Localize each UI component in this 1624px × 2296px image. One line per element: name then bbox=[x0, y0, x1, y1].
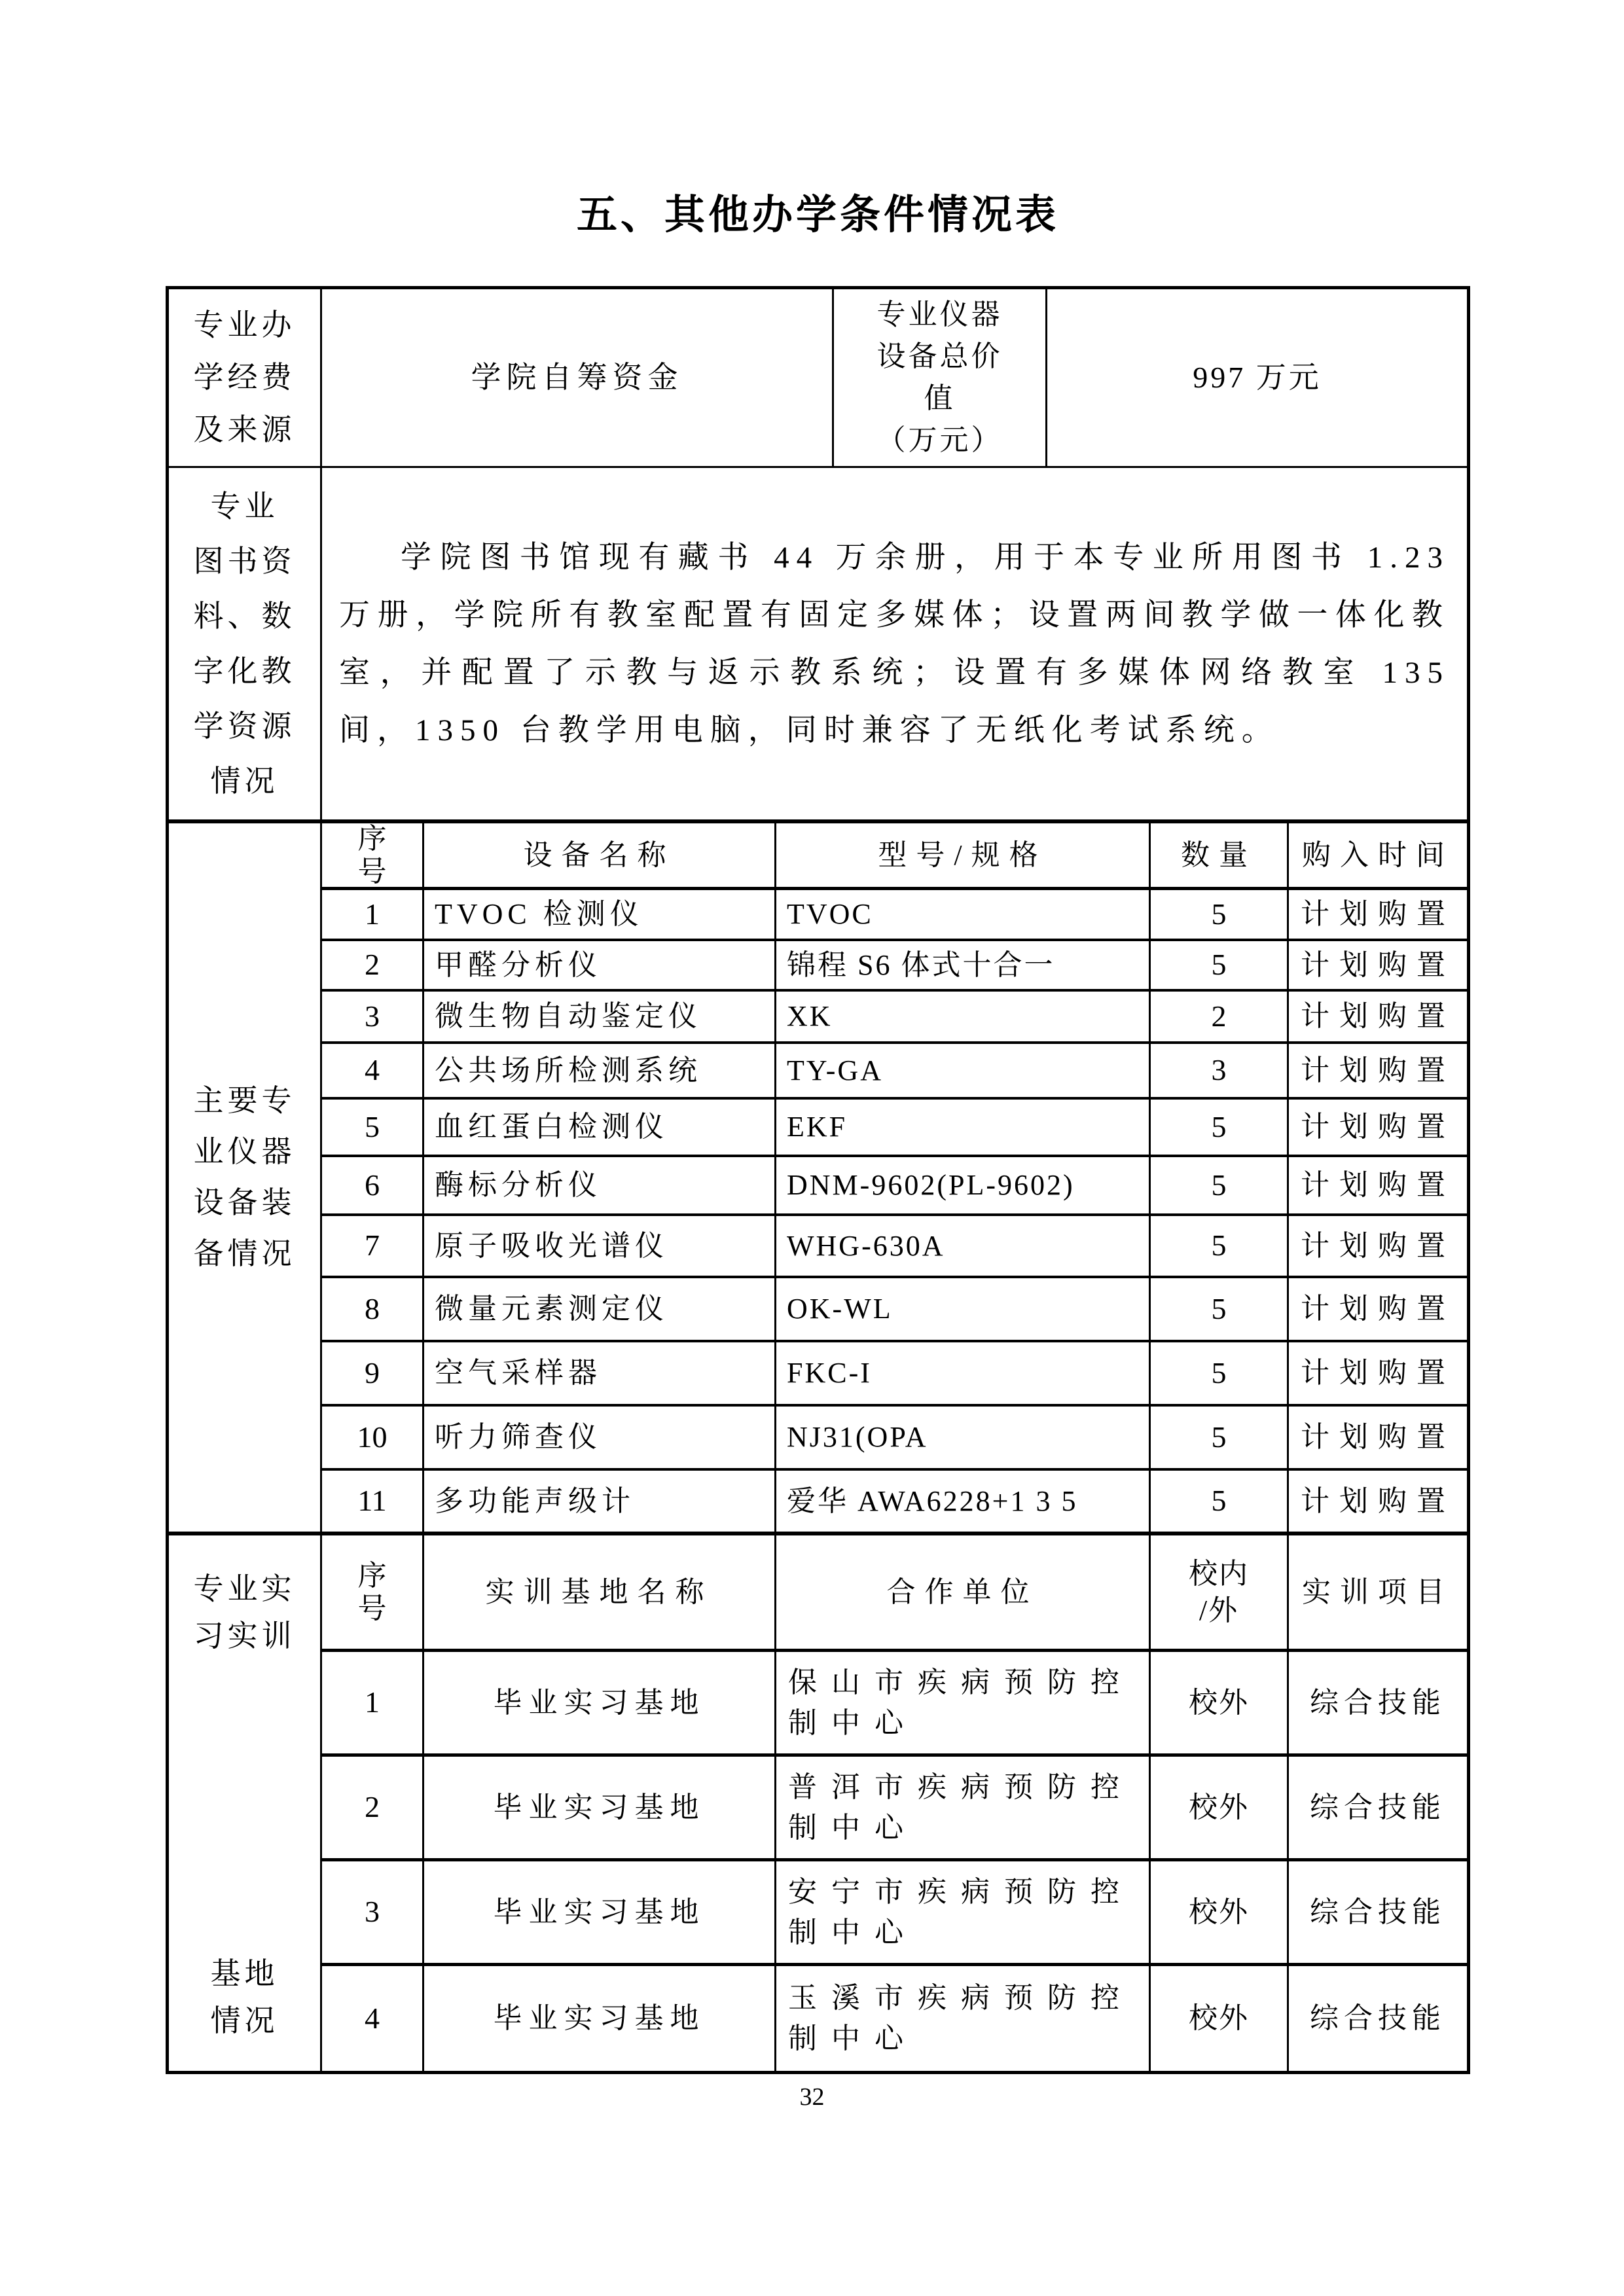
equipment-time: 计划购置 bbox=[1289, 1407, 1467, 1471]
practice-base: 毕业实习基地 bbox=[424, 1861, 776, 1966]
library-content-cell: 学院图书馆现有藏书 44 万余册，用于本专业所用图书 1.23 万册，学院所有教… bbox=[322, 468, 1467, 823]
equipment-name: 甲醛分析仪 bbox=[424, 941, 776, 992]
equipment-header-qty: 数量 bbox=[1151, 823, 1289, 890]
practice-label-bottom: 基地 情况 bbox=[211, 1950, 279, 2045]
practice-header-no: 序 号 bbox=[322, 1535, 424, 1652]
practice-base: 毕业实习基地 bbox=[424, 1757, 776, 1861]
equipment-header-time: 购入时间 bbox=[1289, 823, 1467, 890]
equipment-name: 酶标分析仪 bbox=[424, 1157, 776, 1216]
page-number: 32 bbox=[0, 2083, 1624, 2111]
equipment-header-model: 型号/规格 bbox=[776, 823, 1151, 890]
equipment-qty: 5 bbox=[1151, 1471, 1289, 1535]
equipment-no: 10 bbox=[322, 1407, 424, 1471]
equipment-no: 3 bbox=[322, 992, 424, 1044]
equipment-time: 计划购置 bbox=[1289, 1471, 1467, 1535]
equipment-model: NJ31(OPA bbox=[776, 1407, 1151, 1471]
equipment-value: 997 万元 bbox=[1047, 289, 1467, 468]
practice-header-partner: 合作单位 bbox=[776, 1535, 1151, 1652]
practice-location: 校外 bbox=[1151, 1757, 1289, 1861]
practice-partner: 安宁市疾病预防控制中心 bbox=[776, 1861, 1151, 1966]
equipment-model: TVOC bbox=[776, 890, 1151, 941]
equipment-time: 计划购置 bbox=[1289, 1342, 1467, 1407]
practice-header-location: 校内 /外 bbox=[1151, 1535, 1289, 1652]
equipment-no: 8 bbox=[322, 1278, 424, 1342]
practice-partner: 玉溪市疾病预防控制中心 bbox=[776, 1966, 1151, 2071]
equipment-time: 计划购置 bbox=[1289, 1044, 1467, 1100]
practice-section: 专业实 习实训 基地 情况 序 号 实训基地名称 合作单位 校内 /外 实训项目… bbox=[169, 1535, 1467, 2071]
equipment-value-label: 专业仪器 设备总价 值 （万元） bbox=[834, 289, 1047, 468]
practice-label-top: 专业实 习实训 bbox=[194, 1566, 296, 1660]
equipment-model: 锦程 S6 体式十合一 bbox=[776, 941, 1151, 992]
equipment-qty: 2 bbox=[1151, 992, 1289, 1044]
equipment-time: 计划购置 bbox=[1289, 890, 1467, 941]
equipment-qty: 5 bbox=[1151, 1157, 1289, 1216]
practice-header-project: 实训项目 bbox=[1289, 1535, 1467, 1652]
equipment-qty: 5 bbox=[1151, 890, 1289, 941]
equipment-no: 4 bbox=[322, 1044, 424, 1100]
practice-no: 4 bbox=[322, 1966, 424, 2071]
practice-no: 1 bbox=[322, 1652, 424, 1757]
equipment-header-no: 序 号 bbox=[322, 823, 424, 890]
equipment-name: 多功能声级计 bbox=[424, 1471, 776, 1535]
equipment-header-name: 设备名称 bbox=[424, 823, 776, 890]
equipment-name: 听力筛查仪 bbox=[424, 1407, 776, 1471]
equipment-time: 计划购置 bbox=[1289, 992, 1467, 1044]
library-label: 专业 图书资 料、数 字化教 学资源 情况 bbox=[169, 468, 322, 823]
equipment-model: DNM-9602(PL-9602) bbox=[776, 1157, 1151, 1216]
equipment-model: FKC-I bbox=[776, 1342, 1151, 1407]
practice-no: 3 bbox=[322, 1861, 424, 1966]
equipment-qty: 5 bbox=[1151, 941, 1289, 992]
page-title: 五、其他办学条件情况表 bbox=[166, 182, 1470, 240]
funding-source: 学院自筹资金 bbox=[322, 289, 834, 468]
equipment-no: 6 bbox=[322, 1157, 424, 1216]
equipment-no: 11 bbox=[322, 1471, 424, 1535]
equipment-name: 空气采样器 bbox=[424, 1342, 776, 1407]
practice-partner: 普洱市疾病预防控制中心 bbox=[776, 1757, 1151, 1861]
equipment-name: 原子吸收光谱仪 bbox=[424, 1216, 776, 1278]
practice-no: 2 bbox=[322, 1757, 424, 1861]
funding-label: 专业办 学经费 及来源 bbox=[169, 289, 322, 468]
practice-project: 综合技能 bbox=[1289, 1757, 1467, 1861]
library-section: 专业 图书资 料、数 字化教 学资源 情况 学院图书馆现有藏书 44 万余册，用… bbox=[169, 468, 1467, 823]
equipment-section-label: 主要专 业仪器 设备装 备情况 bbox=[169, 823, 322, 1535]
practice-project: 综合技能 bbox=[1289, 1861, 1467, 1966]
equipment-no: 9 bbox=[322, 1342, 424, 1407]
equipment-time: 计划购置 bbox=[1289, 1157, 1467, 1216]
equipment-qty: 5 bbox=[1151, 1216, 1289, 1278]
equipment-qty: 3 bbox=[1151, 1044, 1289, 1100]
equipment-time: 计划购置 bbox=[1289, 1216, 1467, 1278]
equipment-name: 血红蛋白检测仪 bbox=[424, 1100, 776, 1157]
funding-section: 专业办 学经费 及来源 学院自筹资金 专业仪器 设备总价 值 （万元） 997 … bbox=[169, 289, 1467, 468]
practice-project: 综合技能 bbox=[1289, 1966, 1467, 2071]
equipment-qty: 5 bbox=[1151, 1278, 1289, 1342]
equipment-no: 1 bbox=[322, 890, 424, 941]
practice-location: 校外 bbox=[1151, 1861, 1289, 1966]
equipment-model: WHG-630A bbox=[776, 1216, 1151, 1278]
practice-location: 校外 bbox=[1151, 1966, 1289, 2071]
conditions-table: 专业办 学经费 及来源 学院自筹资金 专业仪器 设备总价 值 （万元） 997 … bbox=[166, 286, 1470, 2074]
equipment-name: TVOC 检测仪 bbox=[424, 890, 776, 941]
practice-header-base: 实训基地名称 bbox=[424, 1535, 776, 1652]
practice-section-label: 专业实 习实训 基地 情况 bbox=[169, 1535, 322, 2071]
equipment-model: 爱华 AWA6228+1 3 5 bbox=[776, 1471, 1151, 1535]
equipment-qty: 5 bbox=[1151, 1342, 1289, 1407]
equipment-model: OK-WL bbox=[776, 1278, 1151, 1342]
equipment-no: 7 bbox=[322, 1216, 424, 1278]
practice-partner: 保山市疾病预防控制中心 bbox=[776, 1652, 1151, 1757]
equipment-model: EKF bbox=[776, 1100, 1151, 1157]
equipment-qty: 5 bbox=[1151, 1407, 1289, 1471]
equipment-name: 微生物自动鉴定仪 bbox=[424, 992, 776, 1044]
practice-base: 毕业实习基地 bbox=[424, 1966, 776, 2071]
equipment-time: 计划购置 bbox=[1289, 1278, 1467, 1342]
equipment-name: 公共场所检测系统 bbox=[424, 1044, 776, 1100]
equipment-time: 计划购置 bbox=[1289, 941, 1467, 992]
library-paragraph: 学院图书馆现有藏书 44 万余册，用于本专业所用图书 1.23 万册，学院所有教… bbox=[339, 529, 1450, 759]
practice-project: 综合技能 bbox=[1289, 1652, 1467, 1757]
practice-base: 毕业实习基地 bbox=[424, 1652, 776, 1757]
practice-location: 校外 bbox=[1151, 1652, 1289, 1757]
equipment-no: 2 bbox=[322, 941, 424, 992]
equipment-section: 主要专 业仪器 设备装 备情况 序 号 设备名称 型号/规格 数量 购入时间 1… bbox=[169, 823, 1467, 1535]
equipment-name: 微量元素测定仪 bbox=[424, 1278, 776, 1342]
equipment-qty: 5 bbox=[1151, 1100, 1289, 1157]
equipment-no: 5 bbox=[322, 1100, 424, 1157]
equipment-time: 计划购置 bbox=[1289, 1100, 1467, 1157]
equipment-model: TY-GA bbox=[776, 1044, 1151, 1100]
equipment-model: XK bbox=[776, 992, 1151, 1044]
